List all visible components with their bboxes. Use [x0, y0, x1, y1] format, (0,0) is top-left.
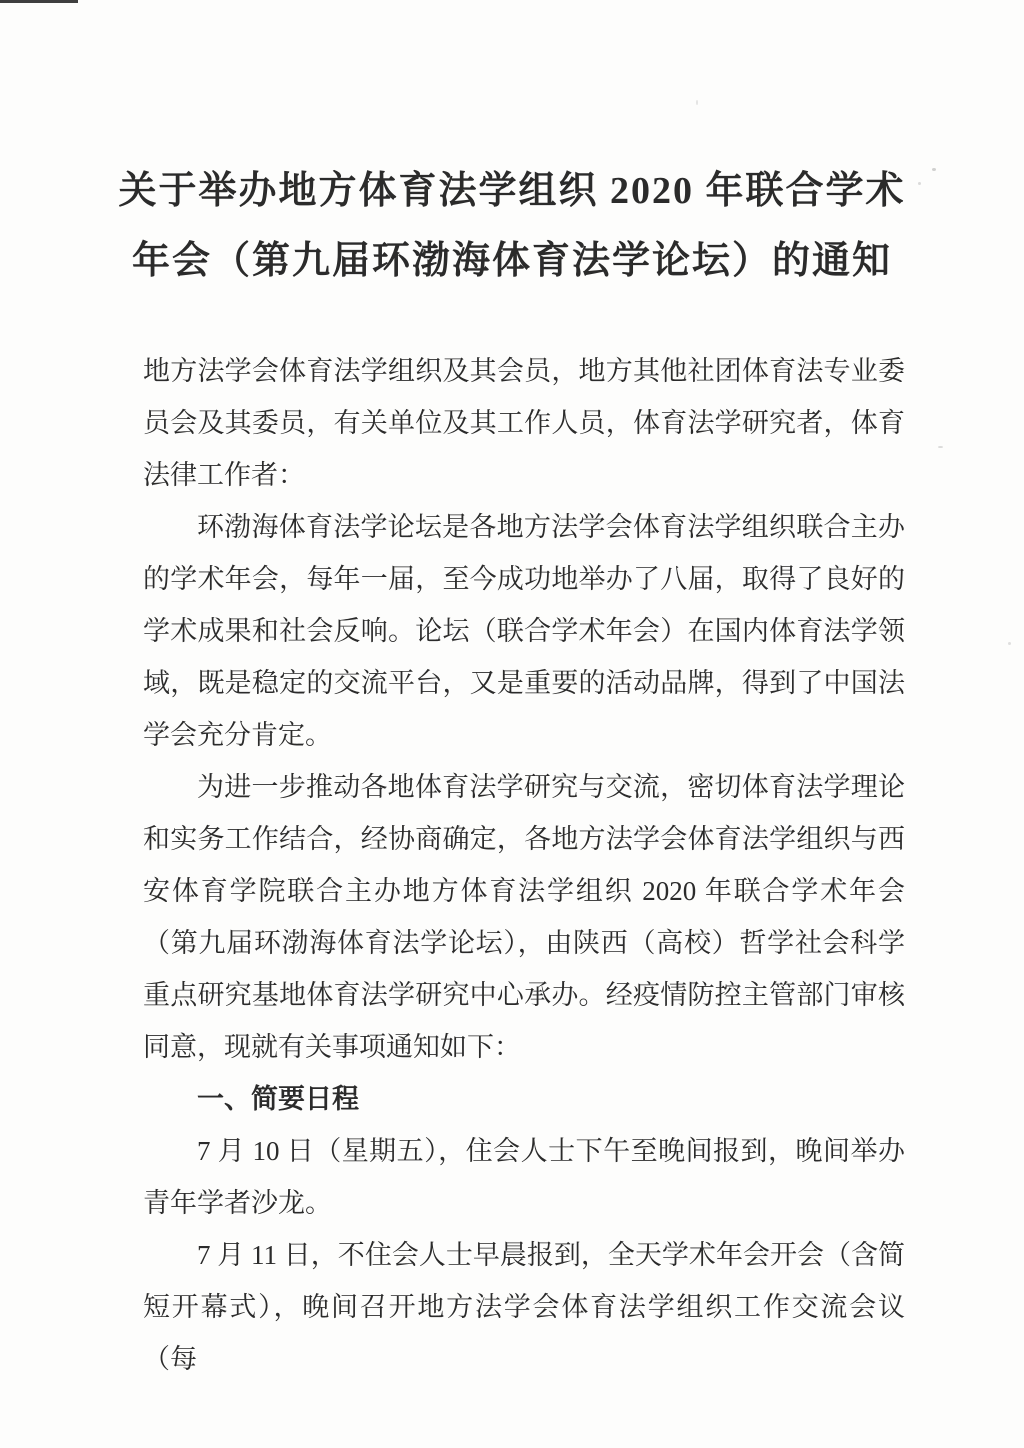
schedule-paragraph-1: 7 月 10 日（星期五），住会人士下午至晚间报到，晚间举办青年学者沙龙。	[143, 1125, 905, 1229]
scanned-notice-page: 关于举办地方体育法学组织 2020 年联合学术 年会（第九届环渤海体育法学论坛）…	[0, 0, 1024, 1448]
schedule-paragraph-2: 7 月 11 日，不住会人士早晨报到，全天学术年会开会（含简短开幕式），晚间召开…	[143, 1229, 905, 1385]
scan-edge-artifact	[0, 0, 78, 3]
document-title-line-2: 年会（第九届环渤海体育法学论坛）的通知	[60, 226, 964, 296]
document-title: 关于举办地方体育法学组织 2020 年联合学术 年会（第九届环渤海体育法学论坛）…	[0, 0, 1024, 296]
section-1-heading: 一、简要日程	[143, 1073, 905, 1125]
body-paragraph-2: 为进一步推动各地体育法学研究与交流，密切体育法学理论和实务工作结合，经协商确定，…	[143, 761, 905, 1073]
salutation-paragraph: 地方法学会体育法学组织及其会员，地方其他社团体育法专业委员会及其委员，有关单位及…	[143, 345, 905, 501]
scan-speck	[696, 100, 698, 105]
document-title-line-1: 关于举办地方体育法学组织 2020 年联合学术	[60, 156, 964, 226]
scan-speck	[932, 168, 936, 171]
scan-speck	[1008, 642, 1011, 645]
scan-speck	[938, 446, 943, 448]
document-body: 地方法学会体育法学组织及其会员，地方其他社团体育法专业委员会及其委员，有关单位及…	[0, 345, 1024, 1385]
scan-speck	[918, 182, 921, 185]
body-paragraph-1: 环渤海体育法学论坛是各地方法学会体育法学组织联合主办的学术年会，每年一届，至今成…	[143, 501, 905, 761]
